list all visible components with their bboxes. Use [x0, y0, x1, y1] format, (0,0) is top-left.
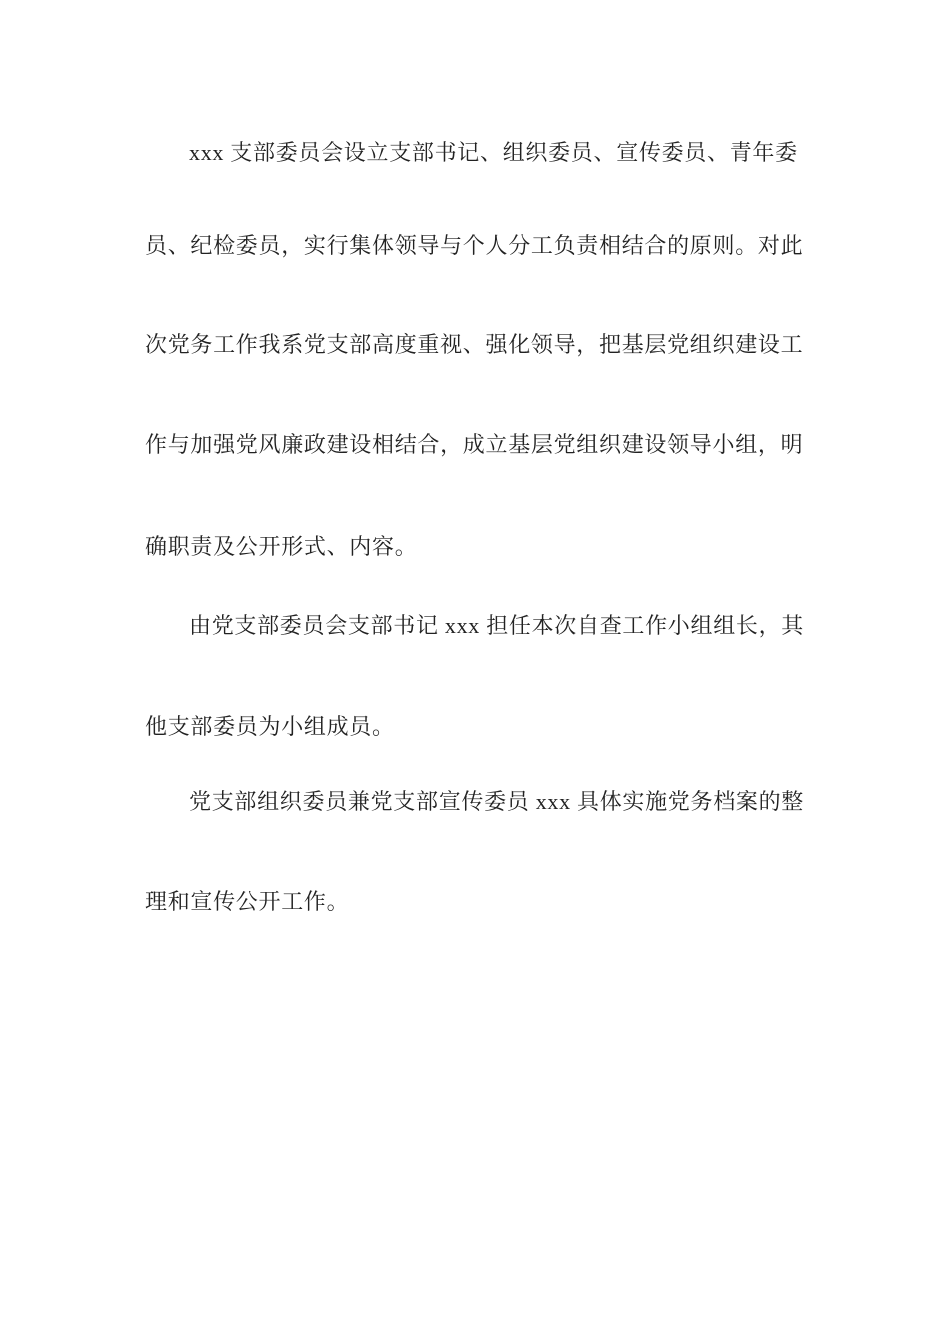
- paragraph-1-line-2: 员、纪检委员，实行集体领导与个人分工负责相结合的原则。对此: [145, 231, 817, 261]
- paragraph-2-line-1: 由党支部委员会支部书记 xxx 担任本次自查工作小组组长，其: [145, 611, 817, 641]
- document-page: xxx 支部委员会设立支部书记、组织委员、宣传委员、青年委 员、纪检委员，实行集…: [0, 0, 950, 1344]
- paragraph-1-line-3: 次党务工作我系党支部高度重视、强化领导，把基层党组织建设工: [145, 330, 817, 360]
- paragraph-2-line-2: 他支部委员为小组成员。: [145, 712, 817, 742]
- paragraph-1-line-1: xxx 支部委员会设立支部书记、组织委员、宣传委员、青年委: [145, 138, 817, 168]
- paragraph-1-line-5: 确职责及公开形式、内容。: [145, 532, 817, 562]
- paragraph-3-line-2: 理和宣传公开工作。: [145, 887, 817, 917]
- paragraph-1-line-4: 作与加强党风廉政建设相结合，成立基层党组织建设领导小组，明: [145, 430, 817, 460]
- paragraph-3-line-1: 党支部组织委员兼党支部宣传委员 xxx 具体实施党务档案的整: [145, 787, 817, 817]
